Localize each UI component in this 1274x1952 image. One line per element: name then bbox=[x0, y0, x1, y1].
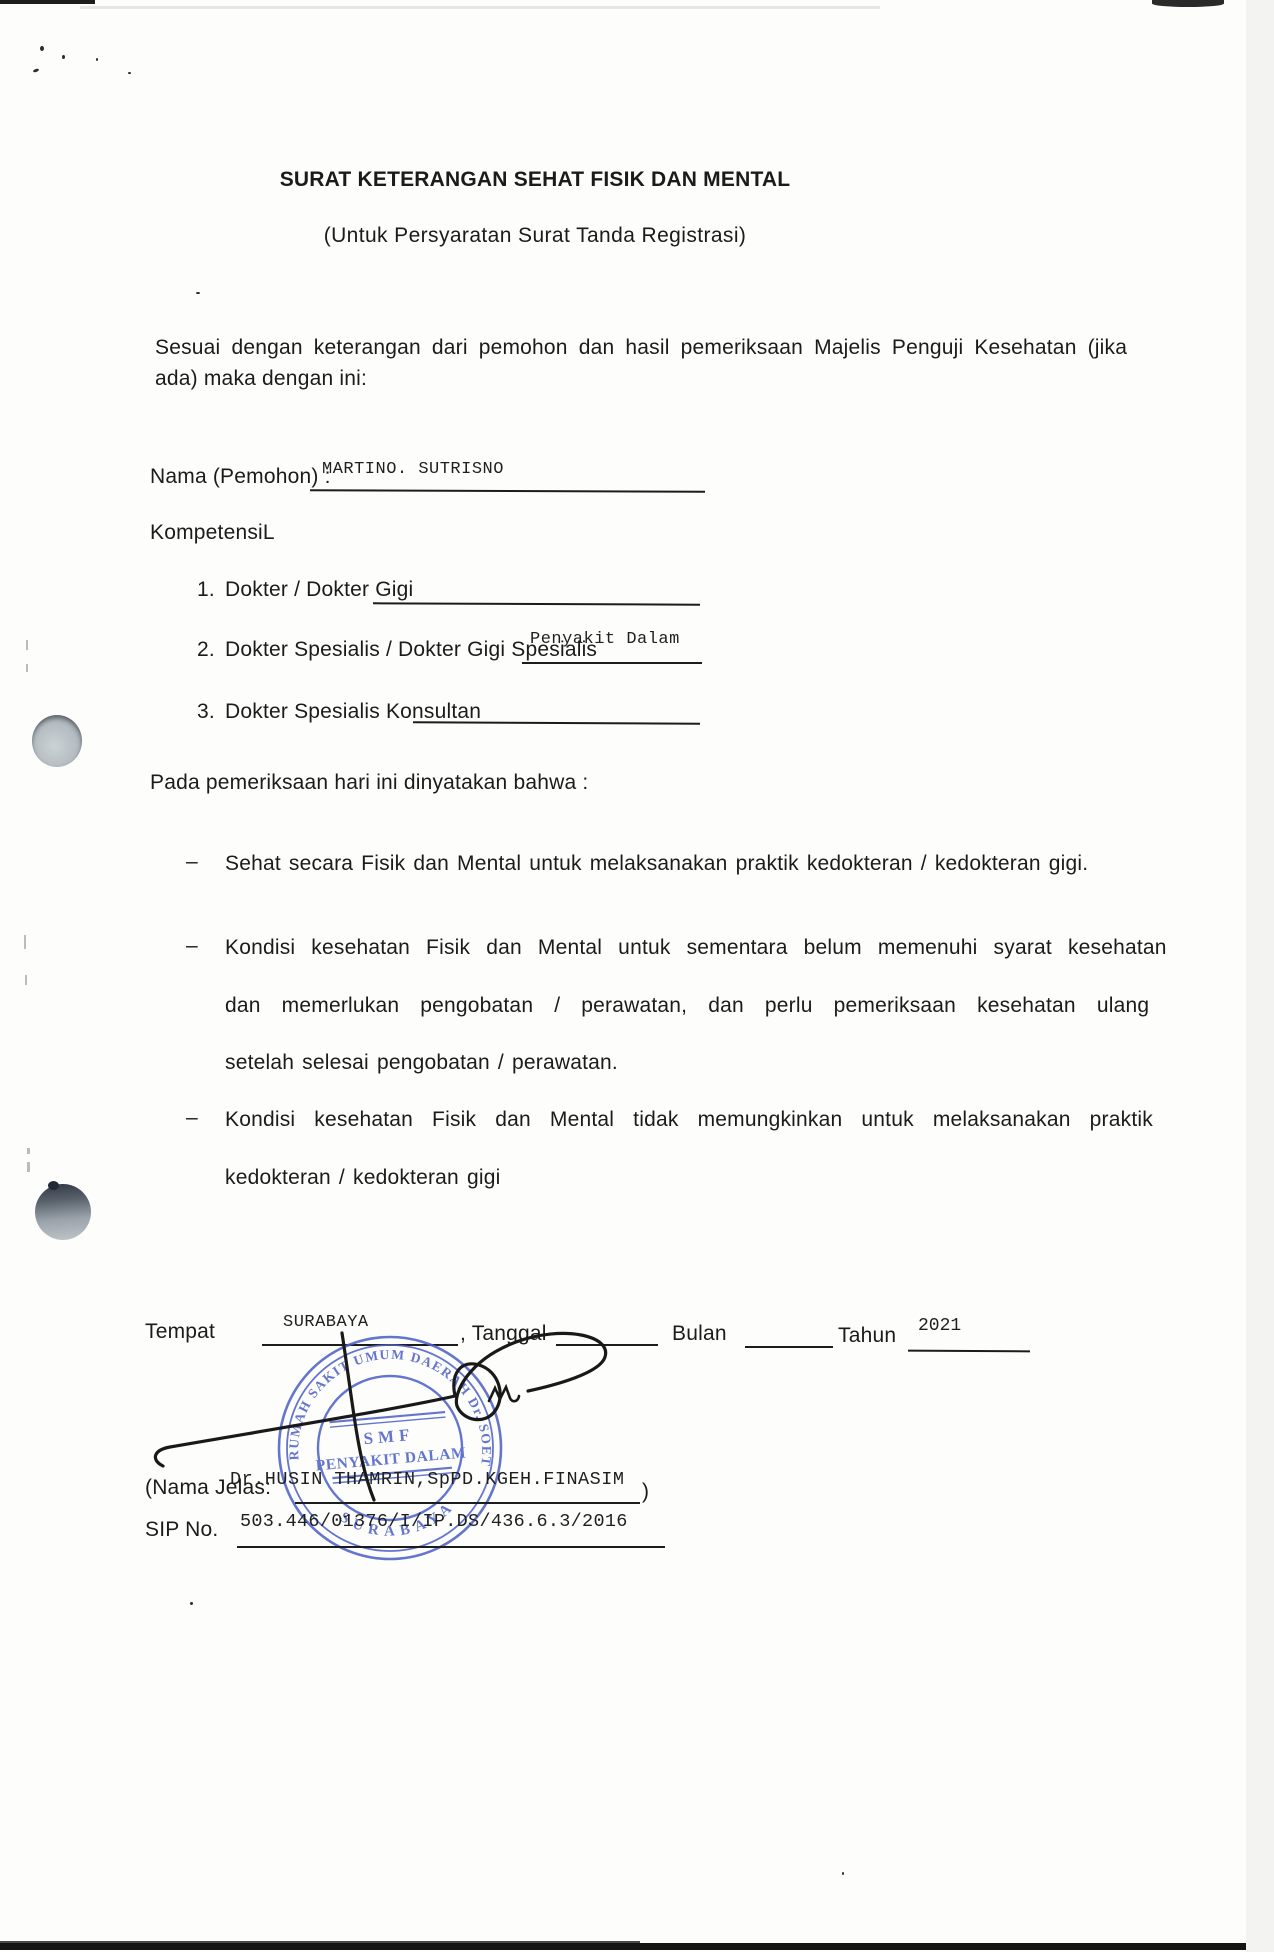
kompetensi-item-line bbox=[373, 602, 700, 605]
scan-bottom-bar bbox=[0, 1943, 1274, 1950]
kompetensi-item-line bbox=[522, 662, 702, 664]
document-title: SURAT KETERANGAN SEHAT FISIK DAN MENTAL bbox=[145, 168, 925, 192]
tahun-label: Tahun bbox=[838, 1324, 896, 1348]
intro-line: Sesuai dengan keterangan dari pemohon da… bbox=[155, 336, 1127, 360]
scan-margin-mark bbox=[24, 935, 26, 949]
signature bbox=[0, 0, 1274, 1952]
statement-line: Kondisi kesehatan Fisik dan Mental tidak… bbox=[225, 1108, 1153, 1132]
tempat-label: Tempat bbox=[145, 1320, 215, 1344]
statement-line: dan memerlukan pengobatan / perawatan, d… bbox=[225, 994, 1149, 1018]
kompetensi-item-number: 3. bbox=[197, 700, 215, 724]
ink-speck bbox=[33, 68, 40, 73]
ink-speck bbox=[40, 46, 44, 51]
nama-jelas-line bbox=[295, 1502, 640, 1504]
statement-marker: – bbox=[186, 1106, 198, 1130]
bulan-label: Bulan bbox=[672, 1322, 727, 1346]
ink-speck bbox=[128, 72, 131, 74]
kompetensi-item-label: Dokter / Dokter Gigi bbox=[225, 578, 413, 602]
scan-top-edge-shadow bbox=[80, 6, 880, 9]
scan-top-right-blob bbox=[1152, 0, 1224, 7]
applicant-name-label: Nama (Pemohon) : bbox=[150, 465, 331, 489]
stamp-banner-line bbox=[330, 1412, 446, 1422]
sip-value: 503.446/01376/I/IP.DS/436.6.3/2016 bbox=[240, 1511, 628, 1532]
statement-line: Kondisi kesehatan Fisik dan Mental untuk… bbox=[225, 936, 1167, 960]
document-subtitle: (Untuk Persyaratan Surat Tanda Registras… bbox=[145, 224, 925, 248]
ink-speck bbox=[96, 58, 98, 61]
kompetensi-item-number: 2. bbox=[197, 638, 215, 662]
hospital-stamp: RUMAH SAKIT UMUM DAERAH Dr. SOETOMO SURA… bbox=[264, 1322, 515, 1573]
scan-top-left-bar bbox=[0, 0, 95, 4]
scan-margin-mark bbox=[26, 640, 28, 650]
tanggal-line bbox=[556, 1344, 658, 1346]
kompetensi-item-line bbox=[413, 721, 700, 725]
scan-bottom-bar-shade bbox=[0, 1941, 640, 1943]
scan-margin-mark bbox=[26, 664, 28, 672]
hole-punch-top bbox=[32, 715, 82, 767]
nama-jelas-closing-paren: ) bbox=[642, 1480, 649, 1504]
scan-margin-mark bbox=[27, 1148, 30, 1154]
statement-line: Sehat secara Fisik dan Mental untuk mela… bbox=[225, 852, 1088, 876]
applicant-name-line bbox=[310, 489, 705, 492]
kompetensi-item-number: 1. bbox=[197, 578, 215, 602]
intro-line: ada) maka dengan ini: bbox=[155, 367, 367, 391]
kompetensi-heading: KompetensiL bbox=[150, 521, 275, 545]
bulan-line bbox=[745, 1346, 833, 1348]
statement-marker: – bbox=[186, 934, 198, 958]
tempat-value: SURABAYA bbox=[283, 1313, 369, 1332]
sip-label: SIP No. bbox=[145, 1518, 218, 1542]
hole-punch-notch bbox=[48, 1181, 59, 1190]
stamp-center-line1: SMF bbox=[363, 1425, 415, 1448]
statement-line: setelah selesai pengobatan / perawatan. bbox=[225, 1051, 618, 1075]
statement-marker: – bbox=[186, 850, 198, 874]
scanned-document-page: SURAT KETERANGAN SEHAT FISIK DAN MENTAL … bbox=[0, 0, 1274, 1952]
kompetensi-item-value: Penyakit Dalam bbox=[530, 630, 680, 649]
nama-jelas-value: Dr.HUSIN THAMRIN,SpPD.KGEH.FINASIM bbox=[230, 1469, 624, 1490]
ink-speck bbox=[62, 55, 65, 59]
scan-right-edge-tint bbox=[1246, 0, 1274, 1952]
tahun-value: 2021 bbox=[918, 1316, 961, 1336]
statement-heading: Pada pemeriksaan hari ini dinyatakan bah… bbox=[150, 771, 588, 795]
kompetensi-item-label: Dokter Spesialis Konsultan bbox=[225, 700, 481, 724]
applicant-name-value: MARTINO. SUTRISNO bbox=[322, 460, 504, 479]
scan-margin-mark bbox=[27, 1162, 30, 1172]
statement-line: kedokteran / kedokteran gigi bbox=[225, 1166, 500, 1190]
scan-margin-mark bbox=[25, 975, 27, 985]
hole-punch-bottom bbox=[35, 1184, 91, 1240]
stamp-banner-line bbox=[330, 1417, 446, 1427]
tahun-line bbox=[908, 1350, 1030, 1353]
sip-line bbox=[237, 1546, 665, 1548]
ink-speck bbox=[196, 292, 200, 294]
ink-speck bbox=[190, 1602, 193, 1605]
ink-speck bbox=[842, 1872, 844, 1875]
